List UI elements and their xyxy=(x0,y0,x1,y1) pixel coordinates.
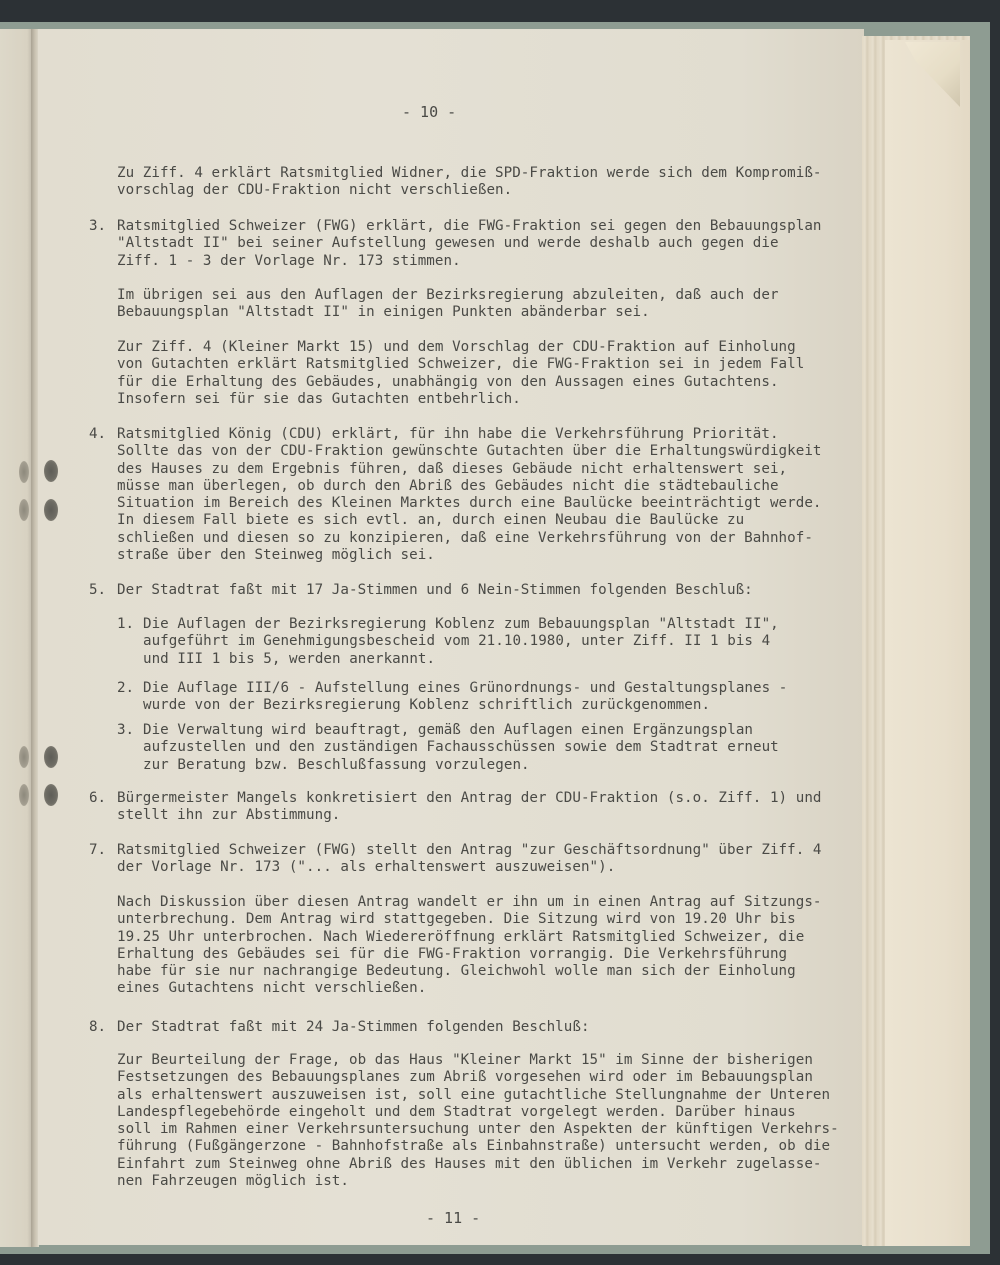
item-6-paragraph: Bürgermeister Mangels konkretisiert den … xyxy=(117,790,822,825)
punch-hole xyxy=(44,499,58,521)
page-number-top: - 10 - xyxy=(402,103,456,121)
left-page-edge xyxy=(0,29,34,1247)
punch-hole xyxy=(44,784,58,806)
item-3-paragraph: Zur Ziff. 4 (Kleiner Markt 15) und dem V… xyxy=(117,339,804,408)
item-number: 4. xyxy=(89,426,106,443)
item-number: 5. xyxy=(89,582,106,599)
page-stack-front xyxy=(885,40,970,1246)
punch-hole xyxy=(19,499,29,521)
intro-paragraph: Zu Ziff. 4 erklärt Ratsmitglied Widner, … xyxy=(117,165,822,200)
item-7-paragraph: Ratsmitglied Schweizer (FWG) stellt den … xyxy=(117,842,822,877)
resolution-subitem: Die Verwaltung wird beauftragt, gemäß de… xyxy=(143,722,779,774)
item-number: 2. xyxy=(117,680,134,697)
punch-hole xyxy=(19,461,29,483)
item-number: 1. xyxy=(117,616,134,633)
resolution-subitem: Die Auflagen der Bezirksregierung Koblen… xyxy=(143,616,779,668)
resolution-subitem: Die Auflage III/6 - Aufstellung eines Gr… xyxy=(143,680,787,715)
item-4-paragraph: Ratsmitglied König (CDU) erklärt, für ih… xyxy=(117,426,822,564)
punch-hole xyxy=(19,746,29,768)
punch-hole xyxy=(44,460,58,482)
item-number: 3. xyxy=(117,722,134,739)
punch-hole xyxy=(19,784,29,806)
item-8-paragraph: Zur Beurteilung der Frage, ob das Haus "… xyxy=(117,1052,839,1190)
item-number: 8. xyxy=(89,1019,106,1036)
item-7-paragraph: Nach Diskussion über diesen Antrag wande… xyxy=(117,894,822,998)
item-number: 7. xyxy=(89,842,106,859)
punch-hole xyxy=(44,746,58,768)
item-5-paragraph: Der Stadtrat faßt mit 17 Ja-Stimmen und … xyxy=(117,582,753,599)
item-3-paragraph: Im übrigen sei aus den Auflagen der Bezi… xyxy=(117,287,779,322)
item-3-paragraph: Ratsmitglied Schweizer (FWG) erklärt, di… xyxy=(117,218,822,270)
page-number-bottom: - 11 - xyxy=(426,1209,480,1227)
item-number: 3. xyxy=(89,218,106,235)
item-8-paragraph: Der Stadtrat faßt mit 24 Ja-Stimmen folg… xyxy=(117,1019,590,1036)
item-number: 6. xyxy=(89,790,106,807)
